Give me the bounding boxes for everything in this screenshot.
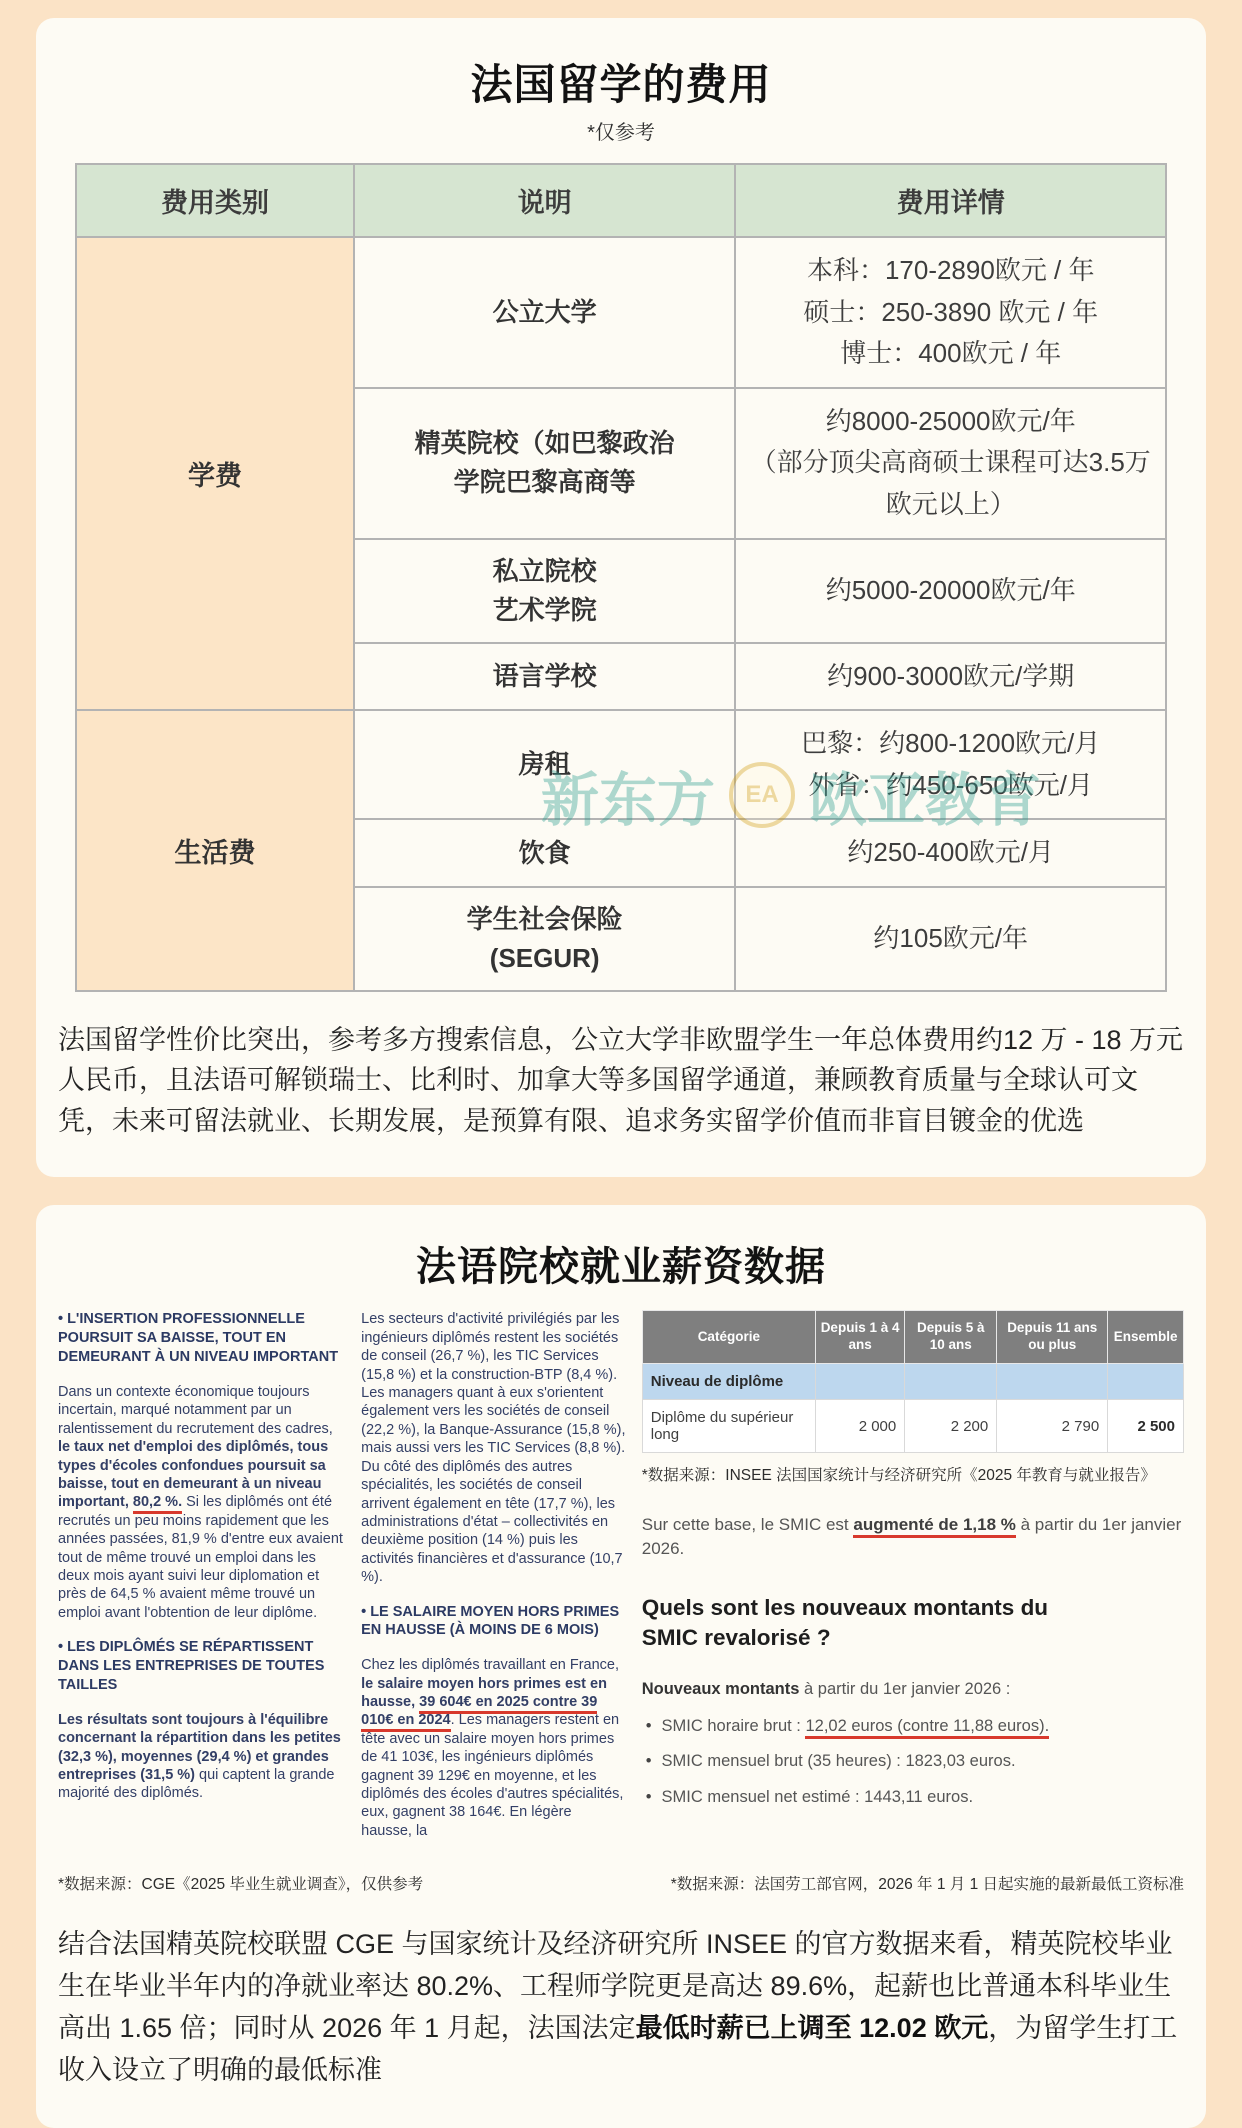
insee-header-row: Catégorie Depuis 1 à 4 ans Depuis 5 à 10… [642, 1311, 1183, 1364]
insee-col-1-4: Depuis 1 à 4 ans [815, 1311, 904, 1364]
detail-line: 约8000-25000欧元/年 [746, 401, 1155, 443]
insee-empty-cell [815, 1364, 904, 1400]
fr-heading-insertion: •L'INSERTION PROFESSIONNELLE POURSUIT SA… [58, 1310, 345, 1367]
row-detail: 约8000-25000欧元/年 （部分顶尖高商硕士课程可达3.5万欧元以上） [735, 388, 1166, 539]
insee-empty-cell [1108, 1364, 1184, 1400]
fr-heading-text: L'INSERTION PROFESSIONNELLE POURSUIT SA … [58, 1311, 338, 1365]
footnote-row: *数据来源：CGE《2025 毕业生就业调查》，仅供参考 *数据来源：法国劳工部… [58, 1872, 1184, 1894]
row-label: 房租 [354, 710, 736, 819]
insee-section-label: Niveau de diplôme [642, 1364, 815, 1400]
col-header-description: 说明 [354, 164, 736, 237]
cge-insertion-column: •L'INSERTION PROFESSIONNELLE POURSUIT SA… [58, 1310, 345, 1856]
salary-section-title: 法语院校就业薪资数据 [36, 1235, 1206, 1292]
row-label-line: 公立大学 [363, 293, 727, 332]
row-label-line: 艺术学院 [363, 591, 727, 630]
row-label-line: 语言学校 [363, 657, 727, 696]
insee-col-11plus: Depuis 11 ans ou plus [997, 1311, 1108, 1364]
insee-col-ensemble: Ensemble [1108, 1311, 1184, 1364]
detail-line: 约250-400欧元/月 [746, 832, 1155, 874]
category-living: 生活费 [76, 710, 354, 991]
insee-smic-column: Catégorie Depuis 1 à 4 ans Depuis 5 à 10… [642, 1310, 1184, 1856]
row-label: 语言学校 [354, 643, 736, 711]
insee-value-11plus: 2 790 [997, 1400, 1108, 1453]
cge-source-footnote: *数据来源：CGE《2025 毕业生就业调查》，仅供参考 [58, 1872, 423, 1894]
fr-text: SMIC mensuel net estimé : 1443,11 euros. [662, 1788, 974, 1806]
fr-text: SMIC horaire brut : [662, 1717, 806, 1735]
row-label: 饮食 [354, 819, 736, 887]
row-detail: 约5000-20000欧元/年 [735, 539, 1166, 643]
col-header-category: 费用类别 [76, 164, 354, 237]
fr-text: à partir du 1er janvier 2026 : [799, 1680, 1010, 1698]
summary-text-bold: 最低时薪已上调至 12.02 欧元 [636, 2013, 989, 2043]
smic-increase-line: Sur cette base, le SMIC est augmenté de … [642, 1513, 1184, 1561]
fr-paragraph-repartition: Les résultats sont toujours à l'équilibr… [58, 1711, 345, 1803]
fr-text: SMIC mensuel brut (35 heures) : 1823,03 … [662, 1752, 1016, 1770]
row-detail: 本科：170-2890欧元 / 年 硕士：250-3890 欧元 / 年 博士：… [735, 237, 1166, 388]
three-column-layout: •L'INSERTION PROFESSIONNELLE POURSUIT SA… [58, 1310, 1184, 1856]
row-detail: 约900-3000欧元/学期 [735, 643, 1166, 711]
fr-text: . Les managers restent en tête avec un s… [361, 1712, 623, 1838]
row-detail: 约250-400欧元/月 [735, 819, 1166, 887]
insee-section-row: Niveau de diplôme [642, 1364, 1183, 1400]
insee-value-ensemble: 2 500 [1108, 1400, 1184, 1453]
insee-value-1-4: 2 000 [815, 1400, 904, 1453]
row-label: 精英院校（如巴黎政治 学院巴黎高商等 [354, 388, 736, 539]
row-detail: 巴黎：约800-1200欧元/月 外省：约450-650欧元/月 [735, 710, 1166, 819]
detail-line: 约105欧元/年 [746, 918, 1155, 960]
insee-salary-table: Catégorie Depuis 1 à 4 ans Depuis 5 à 10… [642, 1310, 1184, 1453]
smic-increase-underlined: augmenté de 1,18 % [853, 1515, 1016, 1538]
detail-line: 约5000-20000欧元/年 [746, 570, 1155, 612]
row-label: 公立大学 [354, 237, 736, 388]
fee-table: 费用类别 说明 费用详情 学费 公立大学 本科：170-2890欧元 / 年 硕… [75, 163, 1167, 992]
insee-empty-cell [997, 1364, 1108, 1400]
reference-note: *仅参考 [36, 116, 1206, 145]
bullet-icon: • [361, 1604, 366, 1620]
row-label-line: 精英院校（如巴黎政治 [363, 424, 727, 463]
bullet-icon: • [58, 1311, 63, 1327]
col-header-detail: 费用详情 [735, 164, 1166, 237]
fee-table-header-row: 费用类别 说明 费用详情 [76, 164, 1166, 237]
list-item: •SMIC mensuel brut (35 heures) : 1823,03… [642, 1750, 1184, 1772]
fr-text-underlined: 80,2 %. [133, 1494, 182, 1514]
detail-line: 外省：约450-650欧元/月 [746, 765, 1155, 807]
row-label: 私立院校 艺术学院 [354, 539, 736, 643]
fr-paragraph-salaire: Chez les diplômés travaillant en France,… [361, 1656, 626, 1840]
detail-line: 硕士：250-3890 欧元 / 年 [746, 292, 1155, 334]
detail-line: 本科：170-2890欧元 / 年 [746, 250, 1155, 292]
detail-line: 巴黎：约800-1200欧元/月 [746, 723, 1155, 765]
bullet-icon: • [646, 1788, 652, 1806]
detail-line: （部分顶尖高商硕士课程可达3.5万欧元以上） [746, 442, 1155, 525]
smic-question-heading: Quels sont les nouveaux montants du SMIC… [642, 1593, 1065, 1654]
insee-empty-cell [905, 1364, 997, 1400]
fr-text-bold: Nouveaux montants [642, 1680, 800, 1698]
insee-col-5-10: Depuis 5 à 10 ans [905, 1311, 997, 1364]
employment-salary-card: 法语院校就业薪资数据 •L'INSERTION PROFESSIONNELLE … [36, 1205, 1206, 2127]
detail-line: 博士：400欧元 / 年 [746, 333, 1155, 375]
table-row: 学费 公立大学 本科：170-2890欧元 / 年 硕士：250-3890 欧元… [76, 237, 1166, 388]
bullet-icon: • [646, 1752, 652, 1770]
smic-montants-line: Nouveaux montants à partir du 1er janvie… [642, 1680, 1184, 1699]
row-label-line: 学生社会保险 [363, 900, 727, 939]
list-item: •SMIC mensuel net estimé : 1443,11 euros… [642, 1786, 1184, 1808]
france-study-cost-card: 法国留学的费用 *仅参考 费用类别 说明 费用详情 学费 公立大学 本科：170… [36, 18, 1206, 1177]
fr-text: Chez les diplômés travaillant en France, [361, 1657, 619, 1673]
smic-hourly-underlined: 12,02 euros (contre 11,88 euros). [805, 1717, 1049, 1739]
fr-heading-text: LES DIPLÔMÉS SE RÉPARTISSENT DANS LES EN… [58, 1639, 324, 1693]
smic-bullet-list: •SMIC horaire brut : 12,02 euros (contre… [642, 1715, 1184, 1808]
cge-sectors-column: Les secteurs d'activité privilégiés par … [361, 1310, 626, 1856]
page-title: 法国留学的费用 [36, 52, 1206, 112]
category-tuition: 学费 [76, 237, 354, 710]
fr-text: Si les diplômés ont été recrutés un peu … [58, 1494, 343, 1620]
fr-heading-text: LE SALAIRE MOYEN HORS PRIMES EN HAUSSE (… [361, 1604, 619, 1639]
insee-data-row: Diplôme du supérieur long 2 000 2 200 2 … [642, 1400, 1183, 1453]
row-label-line: (SEGUR) [363, 939, 727, 978]
row-detail: 约105欧元/年 [735, 887, 1166, 991]
table-row: 生活费 房租 巴黎：约800-1200欧元/月 外省：约450-650欧元/月 [76, 710, 1166, 819]
fr-paragraph-employment-rate: Dans un contexte économique toujours inc… [58, 1383, 345, 1622]
salary-summary-paragraph: 结合法国精英院校联盟 CGE 与国家统计及经济研究所 INSEE 的官方数据来看… [58, 1924, 1184, 2091]
bullet-icon: • [58, 1639, 63, 1655]
cost-summary-paragraph: 法国留学性价比突出，参考多方搜索信息，公立大学非欧盟学生一年总体费用约12 万 … [58, 1020, 1184, 1142]
row-label-line: 私立院校 [363, 552, 727, 591]
fr-text: Dans un contexte économique toujours inc… [58, 1384, 333, 1437]
labor-ministry-footnote: *数据来源：法国劳工部官网，2026 年 1 月 1 日起实施的最新最低工资标准 [671, 1872, 1184, 1894]
fr-paragraph-sectors: Les secteurs d'activité privilégiés par … [361, 1310, 626, 1586]
row-label-line: 房租 [363, 745, 727, 784]
row-label: 学生社会保险 (SEGUR) [354, 887, 736, 991]
list-item: •SMIC horaire brut : 12,02 euros (contre… [642, 1715, 1184, 1737]
detail-line: 约900-3000欧元/学期 [746, 656, 1155, 698]
bullet-icon: • [646, 1717, 652, 1735]
row-label-line: 学院巴黎高商等 [363, 463, 727, 502]
fr-text: Sur cette base, le SMIC est [642, 1515, 854, 1534]
insee-row-label: Diplôme du supérieur long [642, 1400, 815, 1453]
fr-heading-salaire: •LE SALAIRE MOYEN HORS PRIMES EN HAUSSE … [361, 1603, 626, 1641]
insee-col-categorie: Catégorie [642, 1311, 815, 1364]
fr-heading-entreprises: •LES DIPLÔMÉS SE RÉPARTISSENT DANS LES E… [58, 1638, 345, 1695]
insee-source-footnote: *数据来源：INSEE 法国国家统计与经济研究所《2025 年教育与就业报告》 [642, 1463, 1184, 1485]
row-label-line: 饮食 [363, 834, 727, 873]
insee-value-5-10: 2 200 [905, 1400, 997, 1453]
